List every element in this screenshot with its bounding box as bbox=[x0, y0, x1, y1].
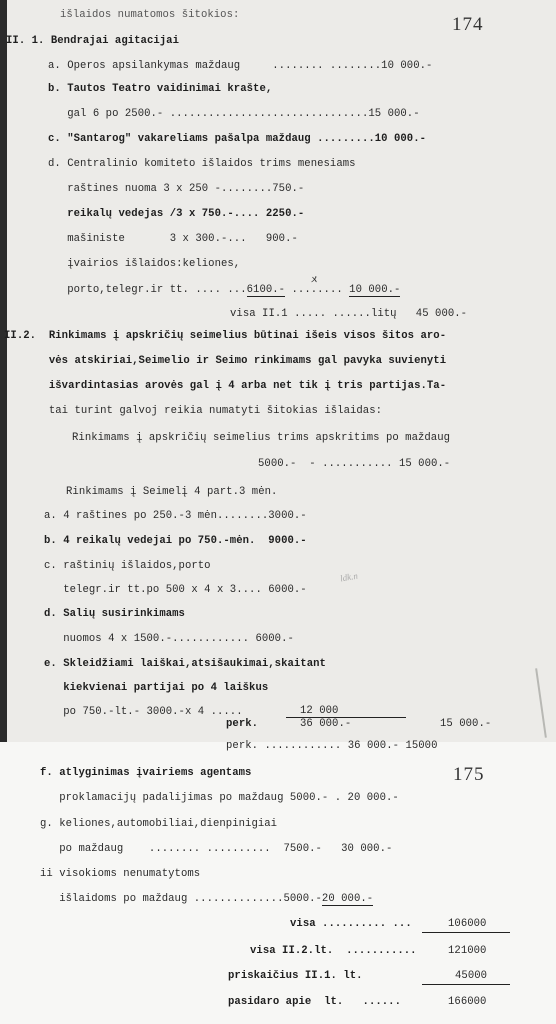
line-item: b. Tautos Teatro vaidinimai krašte, bbox=[48, 83, 272, 96]
line-item: a. Operos apsilankymas maždaug ........ … bbox=[48, 60, 432, 73]
line-item: d. Salių susirinkimams bbox=[44, 608, 185, 621]
line-item: f. atlyginimas įvairiems agentams bbox=[40, 767, 251, 780]
letters-line: po 750.-lt.- 3000.-x 4 ..... bbox=[44, 706, 243, 719]
county-line: Rinkimams į apskričių seimelius trims ap… bbox=[72, 432, 450, 445]
unforeseen-total: 20 000.- bbox=[322, 893, 373, 906]
line-item: c. "Santarog" vakareliams pašalpa maždau… bbox=[48, 133, 426, 146]
line-item: reikalų vedejas /3 x 750.-.... 2250.- bbox=[48, 208, 304, 221]
porto-line: porto,telegr.ir tt. .... ...6100.- .....… bbox=[48, 284, 400, 297]
line-item: proklamacijų padalijimas po maždaug 5000… bbox=[40, 792, 399, 805]
section-2-paragraph-line: II.2. Rinkimams į apskričių seimelius bū… bbox=[4, 330, 446, 343]
line-item: įvairios išlaidos:keliones, bbox=[48, 258, 240, 271]
page-number-174: 174 bbox=[452, 14, 484, 36]
total-label: visa .......... ... bbox=[290, 918, 412, 931]
section-2-paragraph-line: tai turint galvoj reikia numatyti šitoki… bbox=[4, 405, 382, 418]
line-item: raštines nuoma 3 x 250 -........750.- bbox=[48, 183, 304, 196]
line-item: telegr.ir tt.po 500 x 4 x 3.... 6000.- bbox=[44, 584, 307, 597]
grand-total-value: 166000 bbox=[448, 996, 486, 1009]
seimas-heading: Rinkimams į Seimelį 4 part.3 mėn. bbox=[66, 486, 277, 499]
carry-label: perk. bbox=[226, 718, 258, 731]
unforeseen-label: išlaidoms po maždaug ..............5000.… bbox=[40, 893, 322, 905]
county-total: 5000.- - ........... 15 000.- bbox=[258, 458, 450, 471]
line-item: a. 4 raštines po 250.-3 mėn........3000.… bbox=[44, 510, 307, 523]
total-value: 121000 bbox=[448, 945, 486, 958]
line-item: e. Skleidžiami laiškai,atsišaukimai,skai… bbox=[44, 658, 326, 671]
line-item: ii visokioms nenumatytoms bbox=[40, 868, 200, 881]
section-1-heading: II. 1. Bendrajai agitacijai bbox=[6, 35, 179, 48]
total-label: visa II.2.lt. ........... bbox=[250, 945, 417, 958]
carry-forward-line: perk. ............ 36 000.- 15000 bbox=[226, 740, 437, 753]
carry-forward-total: 15000 bbox=[405, 740, 437, 752]
line-item: c. raštinių išlaidos,porto bbox=[44, 560, 211, 573]
carry-forward-subtotal: 36 000.- bbox=[348, 740, 399, 752]
total-rule bbox=[422, 984, 510, 985]
porto-subtotal: 6100.- bbox=[247, 284, 285, 297]
line-item: b. 4 reikalų vedejai po 750.-mėn. 9000.- bbox=[44, 535, 307, 548]
line-item: mašiniste 3 x 300.-... 900.- bbox=[48, 233, 298, 246]
carry-total: 15 000.- bbox=[440, 718, 491, 731]
porto-dots: ........ bbox=[285, 284, 349, 296]
carry-forward-dots: ............ bbox=[258, 740, 348, 752]
carry-subtotal: 36 000.- bbox=[300, 718, 351, 731]
carry-forward-label: perk. bbox=[226, 740, 258, 752]
line-item: kiekvienai partijai po 4 laiškus bbox=[44, 682, 268, 695]
total-value: 45000 bbox=[455, 970, 487, 983]
unforeseen-line: išlaidoms po maždaug ..............5000.… bbox=[40, 893, 373, 906]
scan-edge-shadow bbox=[0, 0, 7, 742]
total-value: 106000 bbox=[448, 918, 486, 931]
line-item: nuomos 4 x 1500.-............ 6000.- bbox=[44, 633, 294, 646]
porto-label: porto,telegr.ir tt. .... ... bbox=[48, 284, 247, 296]
section-2-paragraph-line: išvardintasias arovės gal į 4 arba net t… bbox=[4, 380, 446, 393]
line-item: po maždaug ........ .......... 7500.- 30… bbox=[40, 843, 392, 856]
document-heading: išlaidos numatomos šitokios: bbox=[60, 9, 239, 22]
line-item: g. keliones,automobiliai,dienpinigiai bbox=[40, 818, 277, 831]
total-rule bbox=[422, 932, 510, 933]
line-item: d. Centralinio komiteto išlaidos trims m… bbox=[48, 158, 356, 171]
page-number-175: 175 bbox=[453, 764, 485, 786]
section-2-paragraph-line: vės atskiriai,Seimelio ir Seimo rinkimam… bbox=[4, 355, 446, 368]
grand-total-label: pasidaro apie lt. ...... bbox=[228, 996, 401, 1009]
section-1-total: visa II.1 ..... ......litų 45 000.- bbox=[230, 308, 467, 321]
line-item: gal 6 po 2500.- ........................… bbox=[48, 108, 420, 121]
porto-total: 10 000.- bbox=[349, 284, 400, 297]
total-label: priskaičius II.1. lt. bbox=[228, 970, 363, 983]
